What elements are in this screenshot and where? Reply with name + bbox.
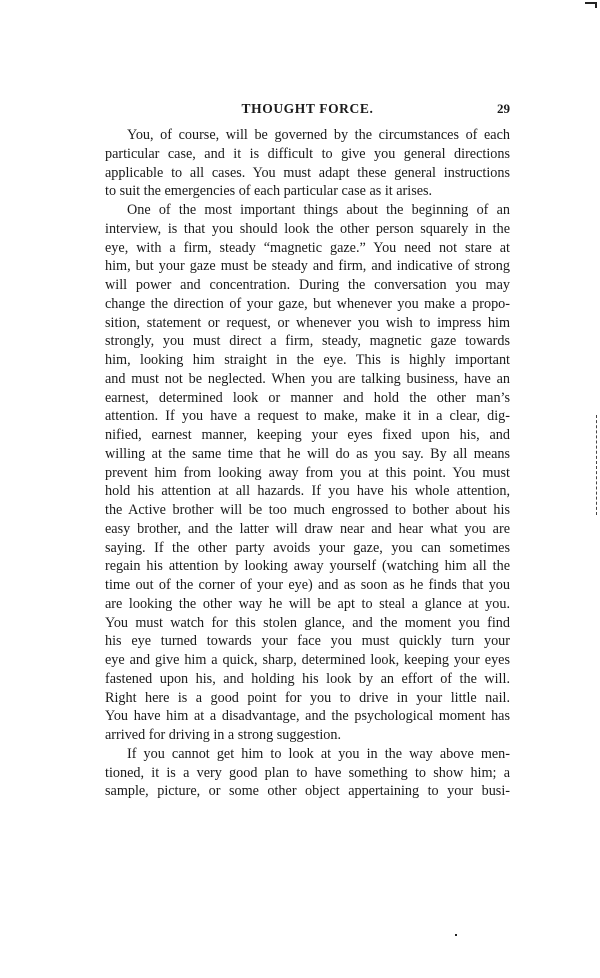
text-line: easy brother, and the latter will draw n… <box>105 520 510 539</box>
text-line: his eye turned towards your face you mus… <box>105 632 510 651</box>
text-line: particular case, and it is difficult to … <box>105 145 510 164</box>
text-line: One of the most important things about t… <box>105 201 510 220</box>
text-line: to suit the emergencies of each particul… <box>105 182 510 201</box>
paragraph-2: One of the most important things about t… <box>105 201 510 745</box>
scan-speck <box>455 934 457 936</box>
running-head: THOUGHT FORCE. 29 <box>105 101 510 119</box>
text-line: earnest, determined look or manner and h… <box>105 389 510 408</box>
text-line: You have him at a disadvantage, and the … <box>105 707 510 726</box>
text-line: sample, picture, or some other object ap… <box>105 782 510 801</box>
text-line: him, looking him straight in the eye. Th… <box>105 351 510 370</box>
text-line: hold his attention at all hazards. If yo… <box>105 482 510 501</box>
paragraph-1: You, of course, will be governed by the … <box>105 126 510 201</box>
text-line: nified, earnest manner, keeping your eye… <box>105 426 510 445</box>
scan-edge-marks <box>596 415 599 515</box>
page-number: 29 <box>497 101 510 117</box>
text-line: are looking the other way he will be apt… <box>105 595 510 614</box>
text-line: time out of the corner of your eye) and … <box>105 576 510 595</box>
text-line: Right here is a good point for you to dr… <box>105 689 510 708</box>
text-line: change the direction of your gaze, but w… <box>105 295 510 314</box>
text-line: sition, statement or request, or wheneve… <box>105 314 510 333</box>
text-line: the Active brother will be too much engr… <box>105 501 510 520</box>
scan-corner-mark <box>585 2 597 8</box>
text-line: If you cannot get him to look at you in … <box>105 745 510 764</box>
text-line: interview, is that you should look the o… <box>105 220 510 239</box>
text-line: him, but your gaze must be steady and fi… <box>105 257 510 276</box>
text-line: You, of course, will be governed by the … <box>105 126 510 145</box>
text-line: saying. If the other party avoids your g… <box>105 539 510 558</box>
text-line: You must watch for this stolen glance, a… <box>105 614 510 633</box>
text-line: arrived for driving in a strong suggesti… <box>105 726 510 745</box>
body-text: You, of course, will be governed by the … <box>105 126 510 801</box>
book-page: THOUGHT FORCE. 29 You, of course, will b… <box>0 0 600 978</box>
text-line: applicable to all cases. You must adapt … <box>105 164 510 183</box>
text-line: strongly, you must direct a firm, steady… <box>105 332 510 351</box>
text-line: attention. If you have a request to make… <box>105 407 510 426</box>
text-line: regain his attention by looking away you… <box>105 557 510 576</box>
text-line: tioned, it is a very good plan to have s… <box>105 764 510 783</box>
text-line: and must not be neglected. When you are … <box>105 370 510 389</box>
paragraph-3: If you cannot get him to look at you in … <box>105 745 510 801</box>
text-line: eye, with a firm, steady “magnetic gaze.… <box>105 239 510 258</box>
text-line: prevent him from looking away from you a… <box>105 464 510 483</box>
text-line: willing at the same time that he will do… <box>105 445 510 464</box>
text-line: will power and concentration. During the… <box>105 276 510 295</box>
running-title: THOUGHT FORCE. <box>105 101 510 117</box>
text-line: eye and give him a quick, sharp, determi… <box>105 651 510 670</box>
text-line: fastened upon his, and holding his look … <box>105 670 510 689</box>
